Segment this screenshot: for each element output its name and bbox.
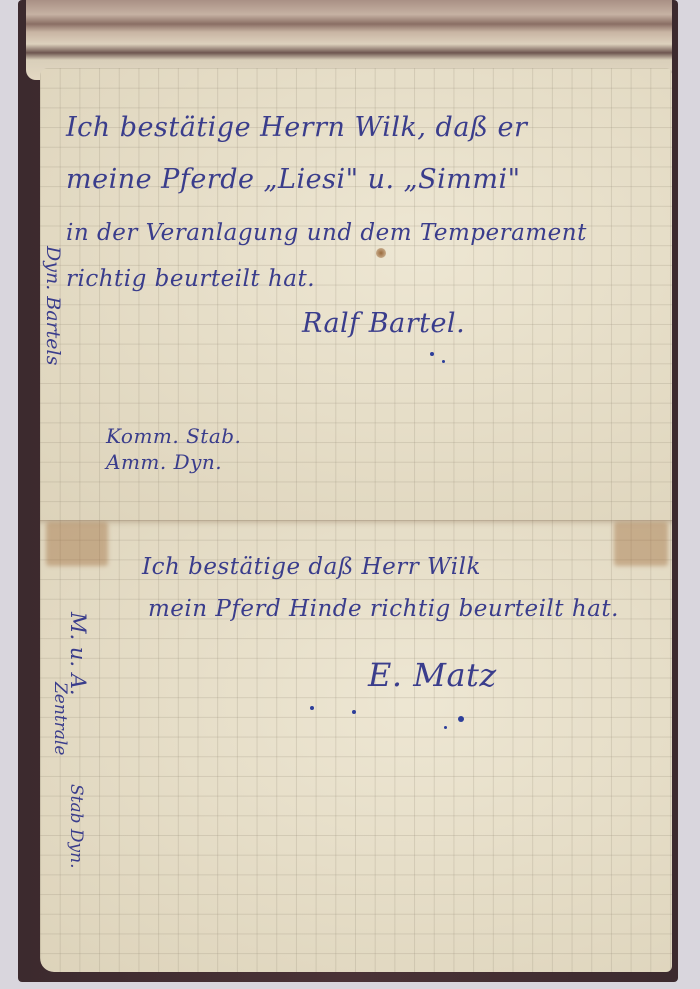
ink-blot	[458, 716, 464, 722]
tape-stain-right	[614, 522, 668, 566]
upper-line-4: richtig beurteilt hat.	[66, 266, 315, 292]
stamp-line-1: Komm. Stab.	[106, 424, 241, 448]
lower-signature: E. Matz	[368, 656, 497, 694]
upper-line-3: in der Veranlagung und dem Temperament	[66, 220, 587, 246]
tape-stain-left	[46, 522, 108, 566]
lower-line-2: mein Pferd Hinde richtig beurteilt hat.	[148, 596, 619, 622]
lower-line-1: Ich bestätige daß Herr Wilk	[142, 554, 481, 580]
ink-blot	[352, 710, 356, 714]
ink-blot	[444, 726, 447, 729]
lower-margin-note-3: Stab Dyn.	[66, 784, 86, 869]
lower-page: Ich bestätige daß Herr Wilk mein Pferd H…	[40, 520, 672, 972]
upper-line-1: Ich bestätige Herrn Wilk, daß er	[66, 112, 527, 143]
ink-blot	[442, 360, 445, 363]
upper-page: Ich bestätige Herrn Wilk, daß er meine P…	[40, 68, 672, 520]
ink-blot	[430, 352, 434, 356]
upper-signature: Ralf Bartel.	[302, 308, 465, 339]
rust-spot	[376, 248, 386, 258]
upper-margin-note: Dyn. Bartels	[42, 246, 64, 365]
upper-line-2: meine Pferde „Liesi" u. „Simmi"	[66, 164, 521, 195]
ink-blot	[310, 706, 314, 710]
stamp-line-2: Amm. Dyn.	[106, 450, 222, 474]
lower-margin-note-2: Zentrale	[50, 682, 70, 755]
